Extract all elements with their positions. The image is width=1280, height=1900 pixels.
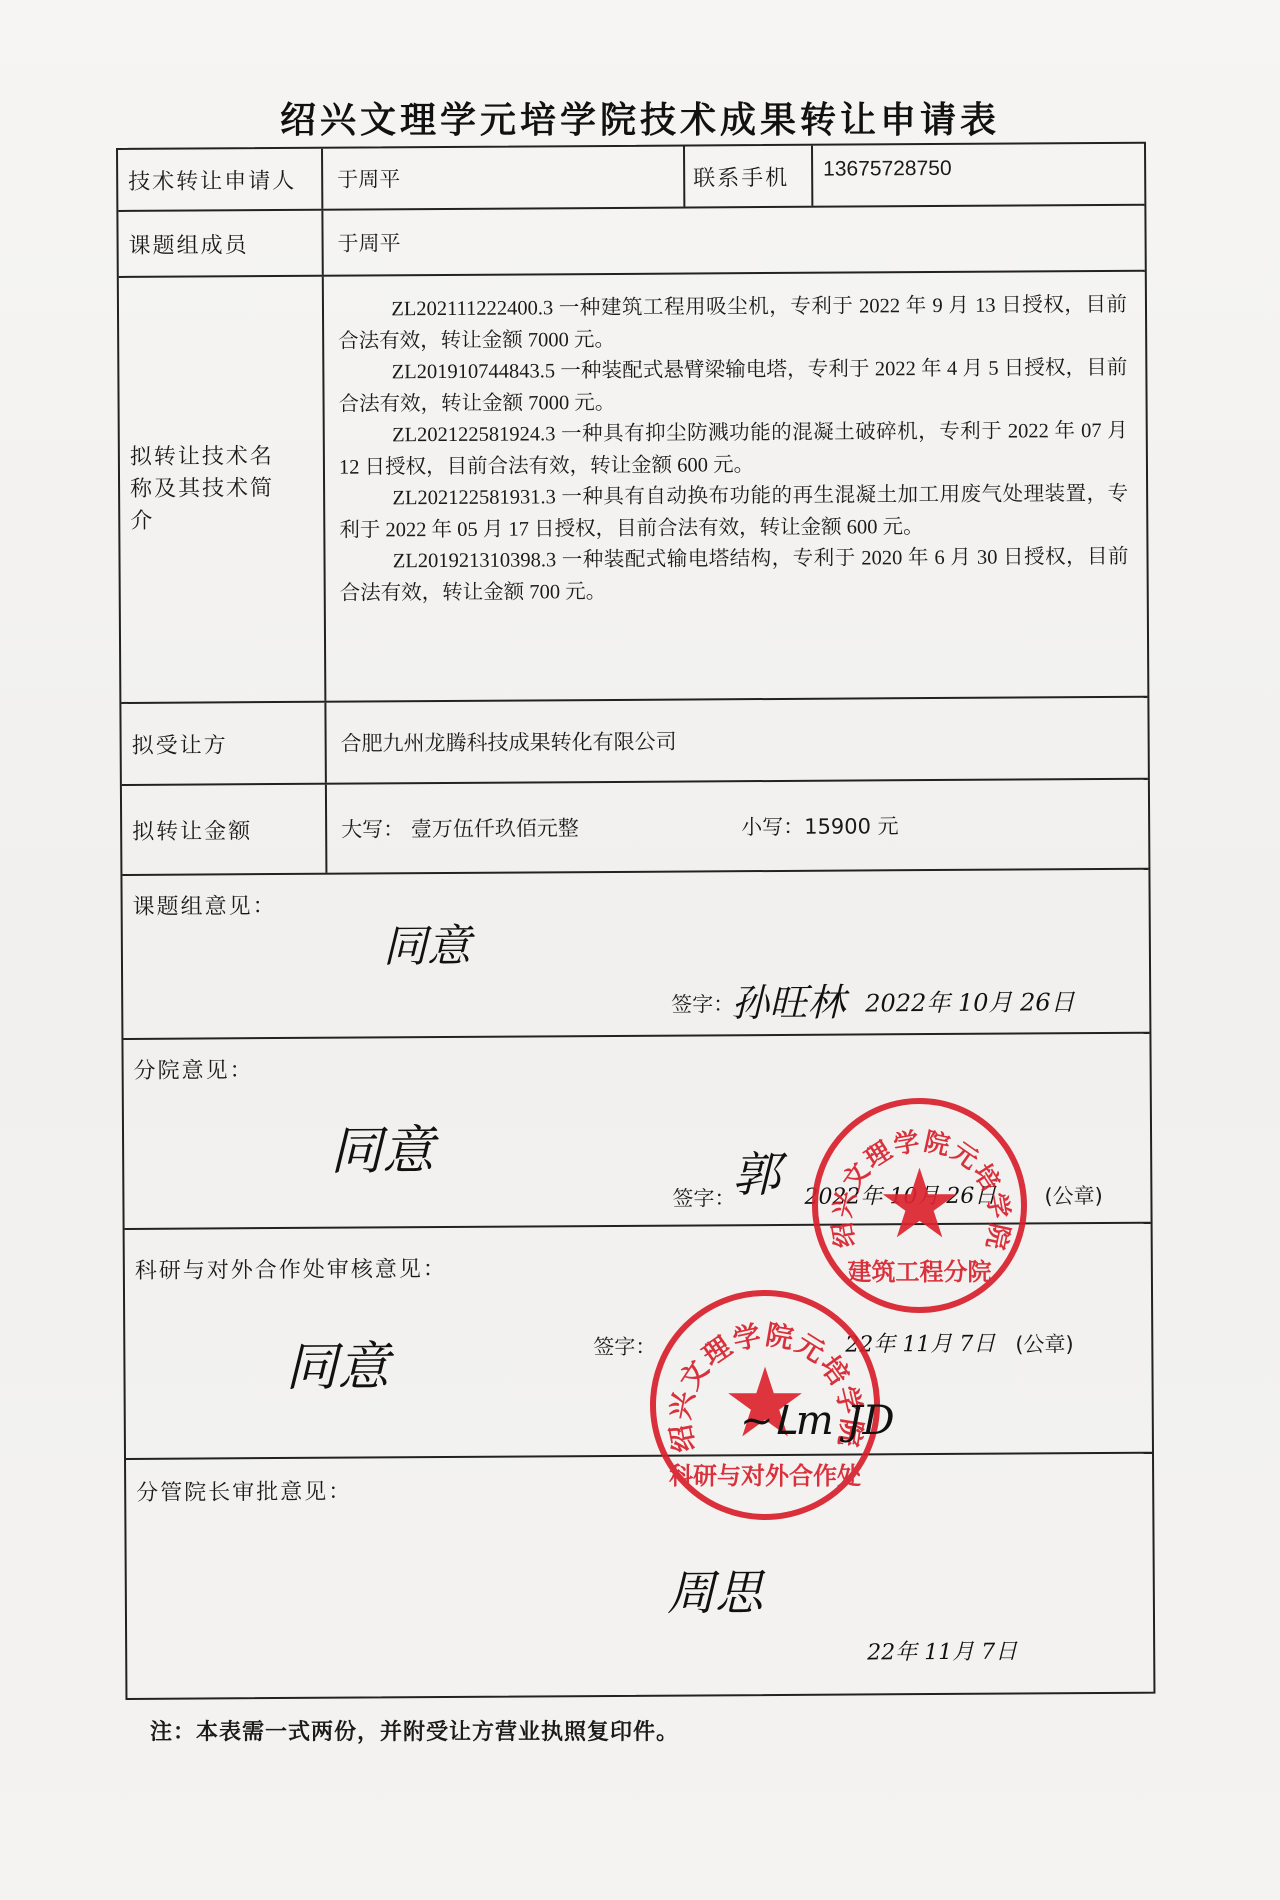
handwritten-opinion: 同意: [285, 1324, 389, 1400]
assignee-value: 合肥九州龙腾科技成果转化有限公司: [326, 698, 1147, 783]
assignee-row: 拟受让方 合肥九州龙腾科技成果转化有限公司: [121, 698, 1147, 786]
opinion-label: 分院意见：: [134, 1053, 254, 1085]
opinion-label: 课题组意见：: [133, 889, 277, 921]
signature: 孙旺林: [731, 972, 845, 1028]
signature-date: 22年 11月 7日: [867, 1635, 1017, 1667]
research-office-signature: ~ᒪm JD: [740, 1398, 895, 1444]
technology-row: 拟转让技术名称及其技术简介 ZL202111222400.3 一种建筑工程用吸尘…: [119, 272, 1148, 704]
patent-item: ZL201910744843.5 一种装配式悬臂梁输电塔，专利于 2022 年 …: [338, 353, 1127, 421]
vice-president-opinion: 分管院长审批意见： 周思 22年 11月 7日: [126, 1454, 1153, 1698]
signature-label: 签字：: [593, 1331, 656, 1361]
amount-lowercase: 小写：15900 元: [741, 810, 899, 841]
form-title: 绍兴文理学元培学院技术成果转让申请表: [0, 92, 1280, 143]
phone-label: 联系手机: [685, 146, 813, 207]
assignee-label: 拟受让方: [121, 703, 326, 784]
research-group-opinion: 课题组意见： 同意 签字： 孙旺林 2022年 10月 26日: [122, 870, 1149, 1040]
star-icon: ★: [876, 1156, 962, 1252]
opinion-label: 科研与对外合作处审核意见：: [135, 1252, 447, 1285]
amount-label: 拟转让金额: [122, 785, 328, 874]
members-label: 课题组成员: [118, 211, 323, 276]
members-value: 于周平: [323, 206, 1144, 275]
seal-label: (公章): [1044, 1180, 1103, 1210]
stamp-bottom-text: 科研与对外合作处: [656, 1456, 874, 1491]
phone-value: 13675728750: [813, 144, 1144, 206]
handwritten-opinion: 同意: [383, 910, 471, 975]
applicant-row: 技术转让申请人 于周平 联系手机 13675728750: [118, 144, 1144, 212]
signature-label: 签字：: [671, 988, 734, 1018]
amount-uppercase: 大写： 壹万伍仟玖佰元整: [341, 811, 741, 843]
signature: 郭: [732, 1136, 780, 1205]
patent-item: ZL202122581931.3 一种具有自动换布功能的再生混凝土加工用废气处理…: [339, 479, 1128, 547]
footnote: 注：本表需一式两份，并附受让方营业执照复印件。: [150, 1715, 679, 1746]
patent-item: ZL202122581924.3 一种具有抑尘防溅功能的混凝土破碎机，专利于 2…: [339, 416, 1128, 484]
opinion-label: 分管院长审批意见：: [136, 1475, 352, 1507]
signature-label: 签字：: [672, 1182, 735, 1212]
signature-date: 2022年 10月 26日: [865, 982, 1075, 1018]
patent-item: ZL202111222400.3 一种建筑工程用吸尘机，专利于 2022 年 9…: [338, 290, 1127, 358]
seal-label: (公章): [1015, 1328, 1074, 1358]
technology-label: 拟转让技术名称及其技术简介: [119, 277, 327, 702]
amount-row: 拟转让金额 大写： 壹万伍仟玖佰元整 小写：15900 元: [122, 780, 1149, 876]
applicant-label: 技术转让申请人: [118, 149, 323, 210]
members-row: 课题组成员 于周平: [118, 206, 1144, 278]
application-form-table: 技术转让申请人 于周平 联系手机 13675728750 课题组成员 于周平 拟…: [116, 142, 1155, 1700]
handwritten-opinion: 同意: [330, 1108, 434, 1184]
signature: 周思: [667, 1554, 763, 1624]
stamp-bottom-text: 建筑工程分院: [818, 1252, 1021, 1287]
amount-values: 大写： 壹万伍仟玖佰元整 小写：15900 元: [327, 780, 1149, 873]
patent-list: ZL202111222400.3 一种建筑工程用吸尘机，专利于 2022 年 9…: [324, 272, 1148, 701]
document-page: 绍兴文理学元培学院技术成果转让申请表 技术转让申请人 于周平 联系手机 1367…: [0, 0, 1280, 1900]
patent-item: ZL201921310398.3 一种装配式输电塔结构，专利于 2020 年 6…: [339, 542, 1128, 610]
applicant-value: 于周平: [323, 147, 685, 209]
branch-seal-stamp: 绍兴文理学院元培学院 ★ 建筑工程分院: [812, 1098, 1027, 1313]
